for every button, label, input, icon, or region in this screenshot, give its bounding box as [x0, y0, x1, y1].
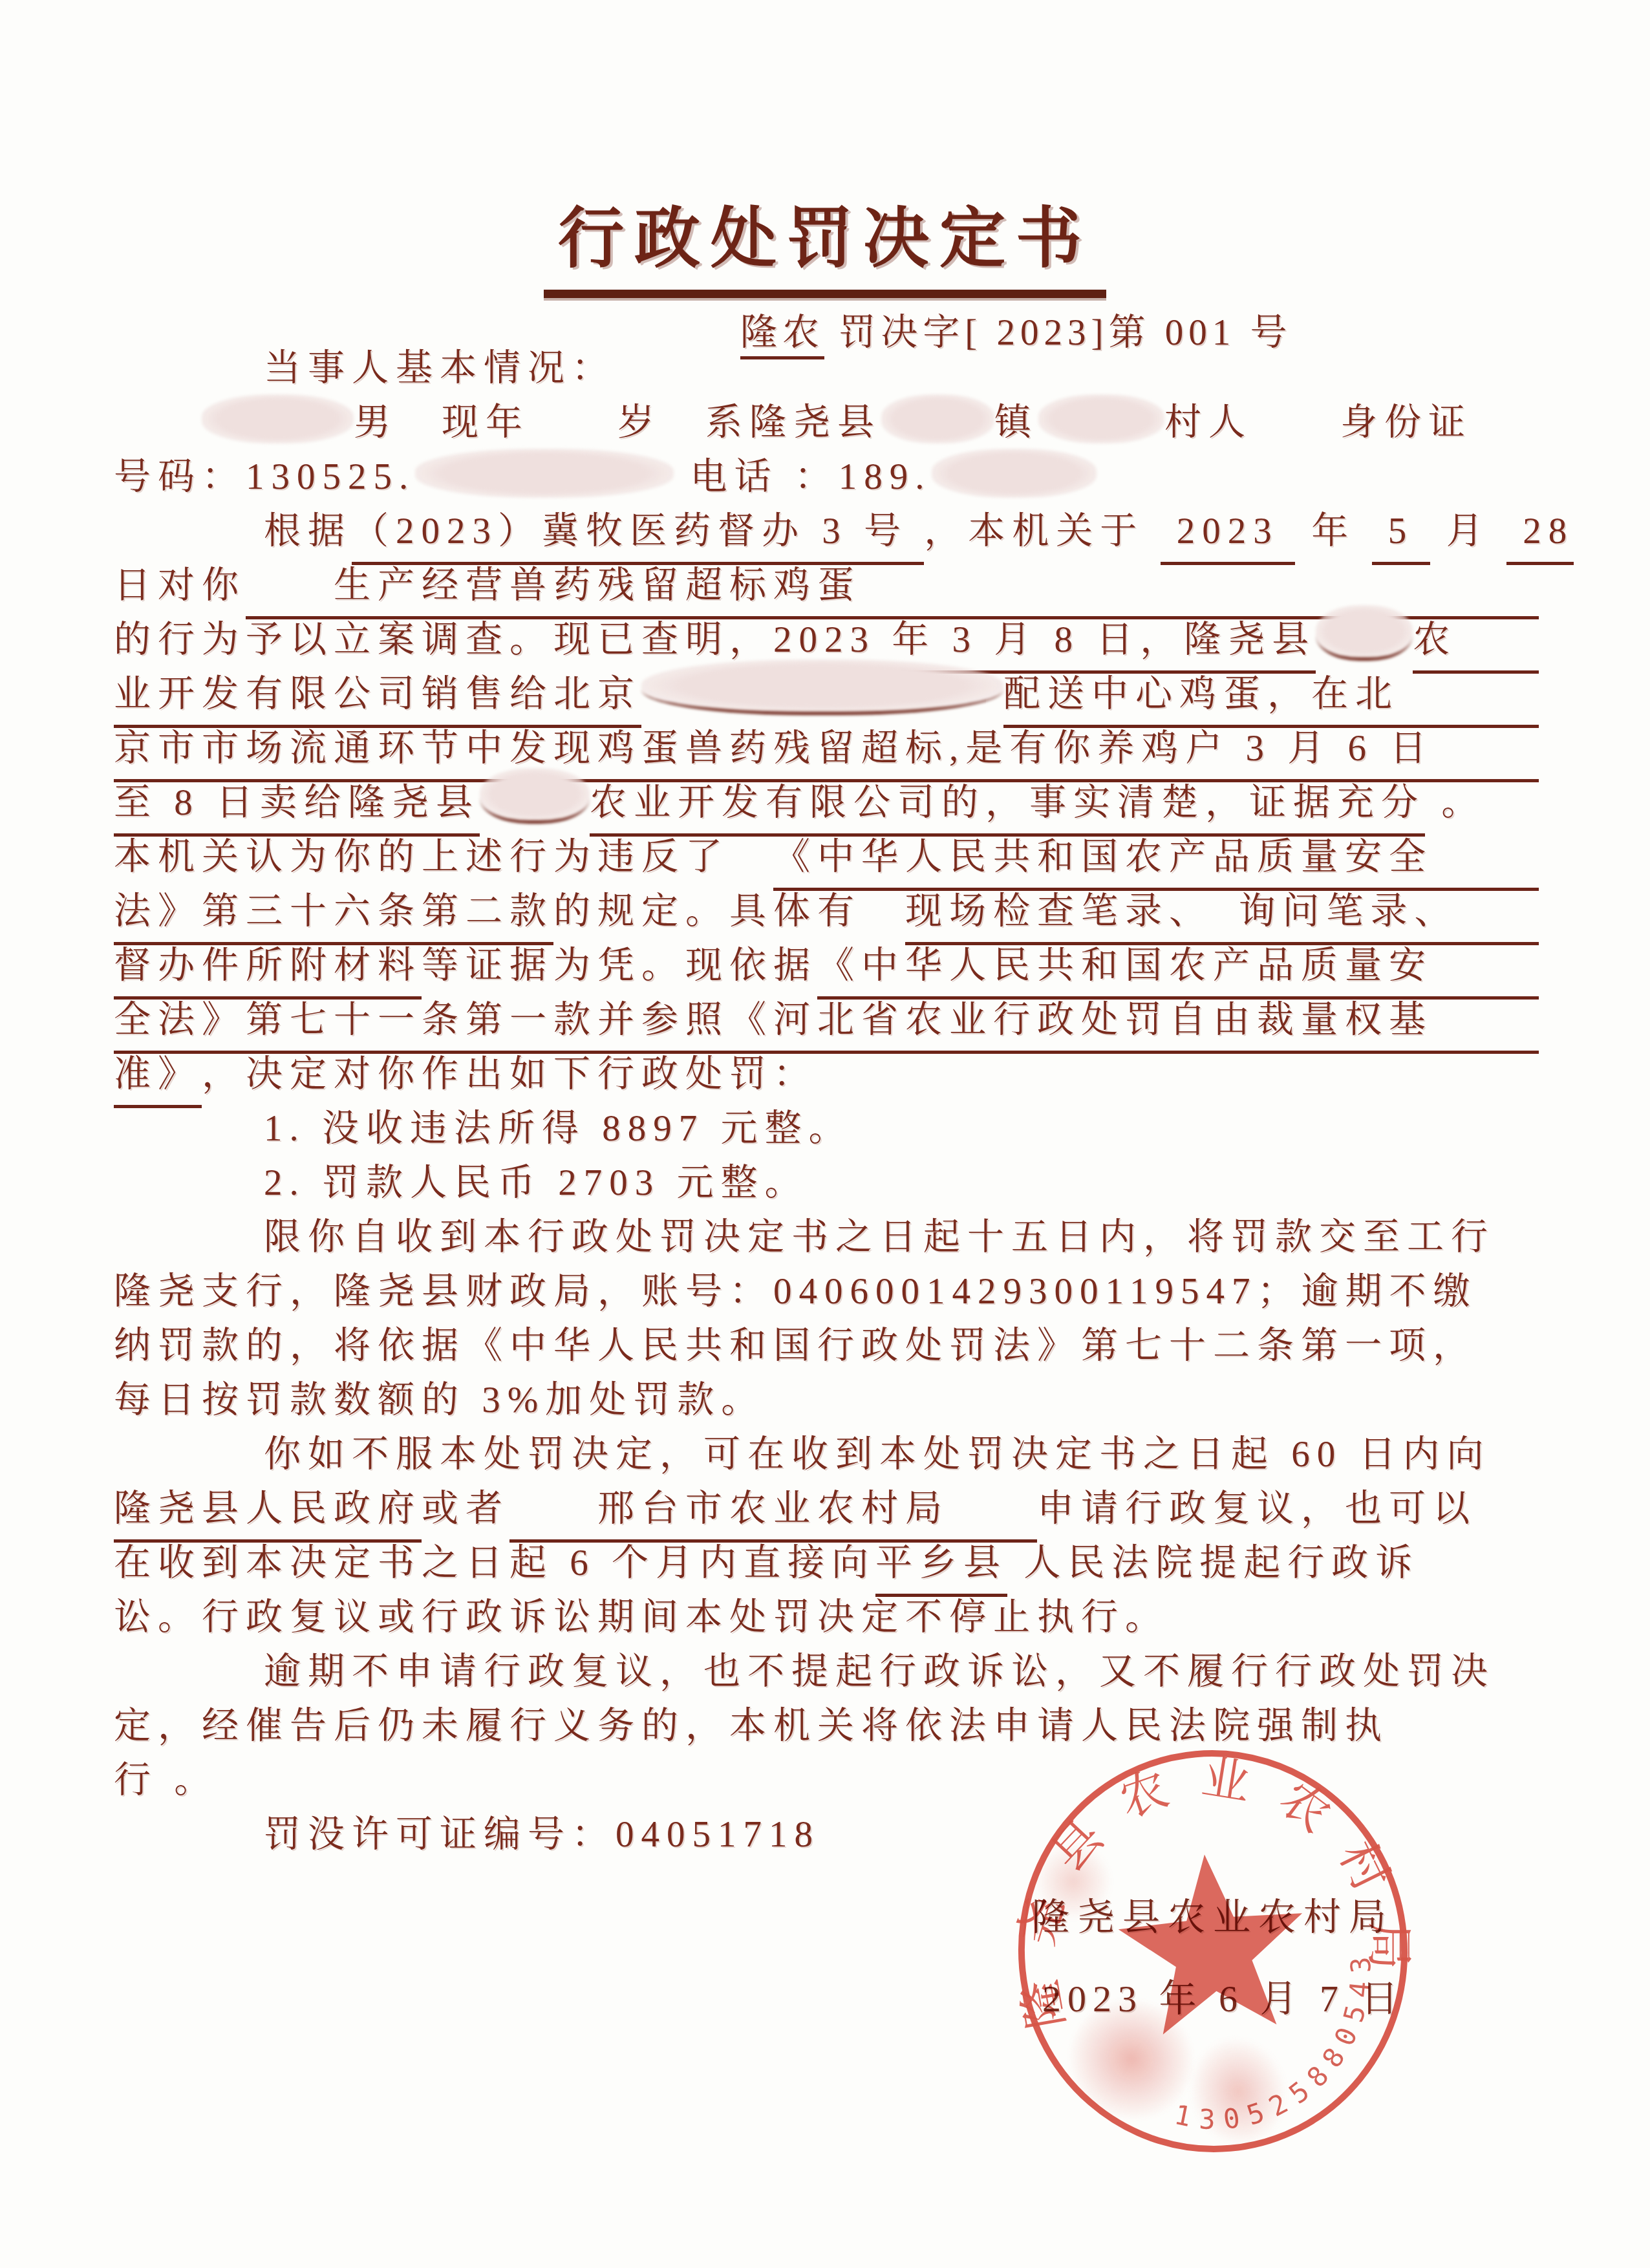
- body-line: 京市市场流通环节中发现鸡蛋兽药残留超标,是有你养鸡户 3 月 6 日: [114, 722, 1539, 776]
- line-text: ，决定对你作出如下行政处罚：: [202, 1047, 817, 1102]
- body-line: 全法》第七十一条第一款并参照《河北省农业行政处罚自由裁量权基: [114, 993, 1539, 1047]
- penalty-decision-document: 行政处罚决定书 隆农 罚决字[ 2023]第 001 号 当事人基本情况： 男 …: [0, 0, 1650, 2268]
- line-text: 督办件所附材料: [114, 939, 422, 1000]
- line-text: 行 。: [114, 1753, 218, 1808]
- line-text: 法》第三十六条第二款: [114, 884, 553, 945]
- body-line: 法》第三十六条第二款的规定。具体有 现场检查笔录、 询问笔录、: [114, 884, 1539, 939]
- line-text: 1. 没收违法所得 8897 元整。: [114, 1102, 853, 1156]
- line-text: 准》: [114, 1047, 202, 1108]
- redaction-mark: [202, 394, 354, 444]
- body-line: 号码：130525. 电话 ：189.: [114, 450, 1539, 504]
- line-text: 平乡县: [875, 1536, 1007, 1597]
- body-line: 本机关认为你的上述行为违反了 《中华人民共和国农产品质量安全: [114, 830, 1539, 884]
- line-text: 28: [1506, 504, 1574, 565]
- line-text: 农: [1413, 613, 1539, 674]
- line-text: 2023: [1161, 504, 1296, 565]
- body-line: 准》，决定对你作出如下行政处罚：: [114, 1047, 1539, 1102]
- line-text: 本机关认为你的上述行为违反了: [114, 830, 773, 884]
- line-text: 镇: [994, 396, 1038, 450]
- line-text: 在收到本决定书之日起 6 个月内直接向: [114, 1536, 875, 1590]
- body-line: 1. 没收违法所得 8897 元整。: [114, 1102, 1539, 1156]
- line-text: 2. 罚款人民币 2703 元整。: [114, 1156, 809, 1210]
- line-text: 当事人基本情况：: [114, 341, 616, 396]
- line-text: 全法》第七十一条第一款并参照《河北省农业行政处罚自由裁量权基: [114, 993, 1539, 1054]
- issue-date: 2023 年 6 月 7 日: [1042, 1968, 1405, 2022]
- official-stamp: 隆尧县农业农村局 1305258805431: [989, 1724, 1437, 2177]
- line-text: 至 8 日卖给隆尧县: [114, 776, 480, 837]
- line-text: 纳罚款的，将依据《中华人民共和国行政处罚法》第七十二条第一项，: [114, 1319, 1477, 1373]
- line-text: 。: [1425, 776, 1485, 830]
- line-text: 的行为予以立案调查。现已查明，: [114, 613, 773, 667]
- body-line: 督办件所附材料等证据为凭。现依据《中华人民共和国农产品质量安: [114, 939, 1539, 993]
- line-text: 业开发有限公司销售给北京: [114, 667, 641, 728]
- line-text: 5: [1372, 504, 1430, 565]
- line-text: ，本机关于: [924, 504, 1160, 559]
- page-title: 行政处罚决定书: [544, 186, 1106, 298]
- line-text: 配送中心鸡蛋，在北: [1003, 667, 1539, 728]
- line-text: 现场检查笔录、 询问笔录、: [905, 884, 1539, 945]
- redaction-mark: [415, 449, 674, 498]
- line-text: 的规定。具体有: [553, 884, 905, 939]
- redaction-mark: [1038, 394, 1164, 444]
- line-text: 等证据为凭。现依据: [422, 939, 817, 993]
- body-line: 至 8 日卖给隆尧县农业开发有限公司的，事实清楚，证据充分 。: [114, 776, 1539, 830]
- line-text: 罚没许可证编号：04051718: [114, 1808, 820, 1862]
- line-text: 《中华人民共和国农产品质量安全: [773, 830, 1539, 891]
- line-text: 月: [1430, 504, 1507, 559]
- line-text: 《中华人民共和国农产品质量安: [817, 939, 1539, 1000]
- line-text: 村人 身份证: [1164, 396, 1472, 450]
- body-line: 2. 罚款人民币 2703 元整。: [114, 1156, 1539, 1210]
- line-text: [114, 396, 202, 450]
- line-text: 人民法院提起行政诉: [1007, 1536, 1419, 1590]
- document-body: 当事人基本情况： 男 现年 岁 系隆尧县镇村人 身份证 号码：130525. 电…: [114, 341, 1539, 1862]
- line-text: 日对你: [114, 559, 246, 613]
- line-text: 京市市场流通环节中发现鸡蛋兽药残留超标,是有你养鸡户 3 月 6 日: [114, 722, 1539, 782]
- body-line: 每日按罚款数额的 3%加处罚款。: [114, 1373, 1539, 1428]
- body-line: 你如不服本处罚决定，可在收到本处罚决定书之日起 60 日内向: [114, 1428, 1539, 1482]
- line-text: 电话 ：189.: [674, 450, 931, 504]
- line-text: 每日按罚款数额的 3%加处罚款。: [114, 1373, 765, 1428]
- line-text: 逾期不申请行政复议，也不提起行政诉讼，又不履行行政处罚决: [114, 1645, 1495, 1699]
- line-text: 申请行政复议，也可以: [1037, 1482, 1477, 1536]
- line-text: 男 现年 岁 系隆尧县: [354, 396, 881, 450]
- body-line: 纳罚款的，将依据《中华人民共和国行政处罚法》第七十二条第一项，: [114, 1319, 1539, 1373]
- body-line: 隆尧支行，隆尧县财政局，账号：0406001429300119547；逾期不缴: [114, 1265, 1539, 1319]
- body-line: 逾期不申请行政复议，也不提起行政诉讼，又不履行行政处罚决: [114, 1645, 1539, 1699]
- line-text: （2023）冀牧医药督办 3 号: [352, 504, 924, 565]
- body-line: 业开发有限公司销售给北京配送中心鸡蛋，在北: [114, 667, 1539, 722]
- line-text: 隆尧支行，隆尧县财政局，账号：0406001429300119547；逾期不缴: [114, 1265, 1477, 1319]
- body-line: 在收到本决定书之日起 6 个月内直接向平乡县 人民法院提起行政诉: [114, 1536, 1539, 1590]
- body-line: 讼。行政复议或行政诉讼期间本处罚决定不停止执行。: [114, 1590, 1539, 1645]
- line-text: 年: [1295, 504, 1372, 559]
- body-line: 当事人基本情况：: [114, 341, 1539, 396]
- authority-name: 隆尧县农业农村局: [1032, 1887, 1394, 1941]
- redaction-mark: [881, 394, 994, 444]
- body-line: 隆尧县人民政府或者 邢台市农业农村局 申请行政复议，也可以: [114, 1482, 1539, 1536]
- line-text: 讼。行政复议或行政诉讼期间本处罚决定不停止执行。: [114, 1590, 1169, 1645]
- body-line: 限你自收到本行政处罚决定书之日起十五日内，将罚款交至工行: [114, 1210, 1539, 1265]
- line-text: 限你自收到本行政处罚决定书之日起十五日内，将罚款交至工行: [114, 1210, 1495, 1265]
- line-text: 农业开发有限公司的，事实清楚，证据充分: [590, 776, 1425, 837]
- line-text: 号码：130525.: [114, 450, 415, 504]
- line-text: 隆尧县人民政府: [114, 1482, 422, 1543]
- body-line: 日对你 生产经营兽药残留超标鸡蛋: [114, 559, 1539, 613]
- redaction-mark: [932, 449, 1097, 498]
- line-text: 或者: [422, 1482, 509, 1536]
- redaction-mark: [480, 768, 590, 824]
- redaction-mark: [1316, 605, 1413, 661]
- body-line: 根据（2023）冀牧医药督办 3 号 ，本机关于 2023 年 5 月 28: [114, 504, 1539, 559]
- line-text: 根据: [114, 504, 352, 559]
- line-text: 你如不服本处罚决定，可在收到本处罚决定书之日起 60 日内向: [114, 1428, 1491, 1482]
- body-line: 男 现年 岁 系隆尧县镇村人 身份证: [114, 396, 1539, 450]
- redaction-mark: [641, 659, 1003, 715]
- line-text: 邢台市农业农村局: [509, 1482, 1037, 1543]
